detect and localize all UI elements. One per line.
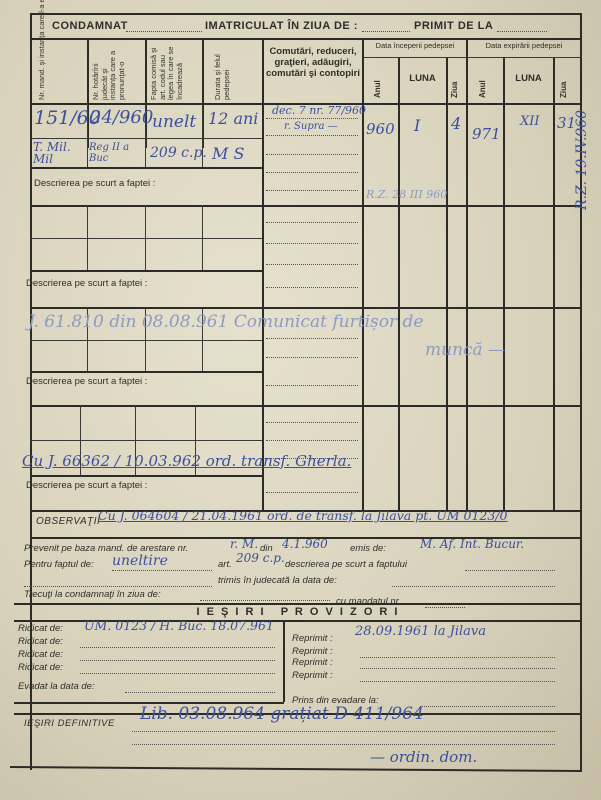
evadat-label: Evadat la data de: xyxy=(18,681,95,692)
prevenit-din-value[interactable]: 4.1.960 xyxy=(282,537,328,551)
descriere-label-3: Descrierea pe scurt a faptei : xyxy=(26,376,147,387)
ridicat-label-4: Ridicat de: xyxy=(18,662,63,673)
col-header-ziua-1: Ziua xyxy=(451,82,460,98)
penitentiary-record-card: CONDAMNAT IMATRICULAT ÎN ZIUA DE : PRIMI… xyxy=(0,0,601,800)
row1-nr-mand-instanta: T. Mil. Mil xyxy=(33,141,87,165)
row1-start-anul: 960 xyxy=(366,120,395,138)
row2-mid-rule xyxy=(30,238,262,239)
col-header-durata: Durata şi felul pedepsei xyxy=(214,42,231,100)
observatii-label: OBSERVAŢII xyxy=(36,516,100,527)
comutari-line[interactable] xyxy=(266,118,358,119)
imatriculat-field[interactable] xyxy=(362,31,410,32)
reprimit-label-4: Reprimit : xyxy=(292,670,333,681)
primit-field[interactable] xyxy=(497,31,547,32)
col-header-anul-2: Anul xyxy=(479,80,488,98)
pentru-field[interactable] xyxy=(112,570,212,571)
ridicat-value-1[interactable]: UM. 0123 / H. Buc. 18.07.961 xyxy=(84,618,274,633)
col-header-anul-1: Anul xyxy=(374,80,383,98)
comutari-line[interactable] xyxy=(266,222,358,223)
descriere-label-2: Descrierea pe scurt a faptei : xyxy=(26,278,147,289)
descriere-label-4: Descrierea pe scurt a faptei : xyxy=(26,480,147,491)
reprimit-field-2[interactable] xyxy=(360,657,555,658)
prevenit-emis-label: emis de: xyxy=(350,543,386,554)
pentru-value[interactable]: uneltire xyxy=(112,553,168,569)
r4-desc-top xyxy=(30,475,262,477)
row1-comutari-1: dec. 7 nr. 77/960 xyxy=(272,104,366,117)
col-sep-4 xyxy=(262,38,264,510)
col-sep-8 xyxy=(466,38,468,510)
r2-sep3 xyxy=(202,205,203,270)
trimis-label: trimis în judecată la data de: xyxy=(218,575,337,586)
reprimit-label-1: Reprimit : xyxy=(292,633,333,644)
comutari-line[interactable] xyxy=(266,264,358,265)
col-header-data-inceperii: Data începerii pedepsei xyxy=(364,41,466,50)
descriere-field[interactable] xyxy=(465,570,555,571)
col-sep-9 xyxy=(503,58,505,510)
frame-bottom xyxy=(10,766,582,772)
reprimit-field-4[interactable] xyxy=(360,681,555,682)
row2-bottom-rule xyxy=(30,307,582,309)
imatriculat-label: IMATRICULAT ÎN ZIUA DE : xyxy=(205,20,358,32)
ridicat-label-1: Ridicat de: xyxy=(18,623,63,634)
trimis-field[interactable] xyxy=(392,586,555,587)
row1-nr-hotarire-instanta: Reg II a Buc xyxy=(89,142,139,164)
reprimit-label-3: Reprimit : xyxy=(292,657,333,668)
col-sep-10 xyxy=(553,58,555,510)
col-header-luna-1: LUNA xyxy=(399,73,446,84)
ridicat-field-4[interactable] xyxy=(80,673,275,674)
iesiri-prov-top-rule xyxy=(14,603,582,605)
comutari-line[interactable] xyxy=(266,422,358,423)
row4-note: Cu J. 66362 / 10.03.962 ord. transf. Ghe… xyxy=(22,452,351,470)
col-header-data-expirarii: Data expirării pedepsei xyxy=(468,41,580,50)
observatii-value[interactable]: Cu J. 064604 / 21.04.1961 ord. de transf… xyxy=(98,508,508,523)
r1-desc-top xyxy=(30,167,262,169)
iesiri-definitive-label: IEŞIRI DEFINITIVE xyxy=(24,718,115,729)
descriere-faptului-label: descrierea pe scurt a faptului xyxy=(285,559,407,570)
comutari-line[interactable] xyxy=(266,385,358,386)
iesiri-definitive-field[interactable] xyxy=(132,731,555,732)
prevenit-nr-value[interactable]: r. M. xyxy=(230,537,258,551)
iesiri-provizorii-title: I E Ş I R I P R O V I Z O R I xyxy=(14,606,582,618)
comutari-line[interactable] xyxy=(266,338,358,339)
frame-top xyxy=(30,13,582,15)
ridicat-label-3: Ridicat de: xyxy=(18,649,63,660)
row1-fapta: unelt xyxy=(152,112,196,132)
header-rule xyxy=(30,38,582,40)
row1-note-rz: R.Z. 28 III 960 xyxy=(366,188,447,201)
r2-sep1 xyxy=(87,205,88,270)
row1-end-luna: XII xyxy=(520,114,540,129)
row1-durata: 12 ani xyxy=(208,109,258,128)
iesiri-definitive-value-2[interactable]: — ordin. dom. xyxy=(370,748,477,766)
col-header-nr-mand: Nr. mand. şi instanţa care l-a emis xyxy=(38,0,47,100)
row1-nr-hotarire: 24/960 xyxy=(90,107,153,128)
side-note: R.Z. 19.IV.960 xyxy=(574,110,590,210)
row1-mid-rule xyxy=(30,138,262,139)
comutari-line[interactable] xyxy=(266,154,358,155)
descriere-continuation[interactable] xyxy=(24,586,212,587)
descriere-label-1: Descrierea pe scurt a faptei : xyxy=(34,178,155,189)
row1-start-luna: I xyxy=(414,116,420,135)
row1-fapta-art: 209 c.p. xyxy=(150,145,207,161)
condamnat-label: CONDAMNAT xyxy=(52,20,128,32)
row1-start-ziua: 4 xyxy=(451,114,461,133)
col-header-comutari: Comutări, reduceri, graţieri, adăugiri, … xyxy=(266,46,360,79)
row3-bottom-rule xyxy=(30,405,582,407)
subheader-rule xyxy=(363,57,581,58)
r2-desc-top xyxy=(30,270,262,272)
art-label: art. xyxy=(218,559,232,570)
comutari-line[interactable] xyxy=(266,440,358,441)
col-sep-6 xyxy=(398,58,400,510)
art-value[interactable]: 209 c.p. xyxy=(236,551,285,565)
row2-note-line1: J. 61.810 din 08.08.961 Comunicat furtiș… xyxy=(28,312,423,332)
r3-desc-top xyxy=(30,371,262,373)
reprimit-value-1[interactable]: 28.09.1961 la Jilava xyxy=(355,624,486,639)
primit-label: PRIMIT DE LA xyxy=(414,20,493,32)
col-header-luna-2: LUNA xyxy=(504,73,553,84)
row2-note-line2: muncă — xyxy=(425,340,505,360)
comutari-line[interactable] xyxy=(266,172,358,173)
condamnat-field[interactable] xyxy=(126,31,202,32)
ridicat-field-3[interactable] xyxy=(80,660,275,661)
comutari-line[interactable] xyxy=(266,243,358,244)
reprimit-field-3[interactable] xyxy=(360,668,555,669)
row1-bottom-rule xyxy=(30,205,582,207)
comutari-line[interactable] xyxy=(266,135,358,136)
r2-sep2 xyxy=(145,205,146,270)
row1-end-anul: 971 xyxy=(472,125,501,143)
trecuti-label: Trecuţi la condamnaţi în ziua de: xyxy=(24,589,161,600)
pentru-label: Pentru faptul de: xyxy=(24,559,94,570)
comutari-line[interactable] xyxy=(266,492,358,493)
row4-mid-rule xyxy=(30,440,262,441)
comutari-line[interactable] xyxy=(266,357,358,358)
row3-mid-rule xyxy=(30,340,262,341)
reprimit-label-2: Reprimit : xyxy=(292,646,333,657)
iesiri-prov-divider xyxy=(283,620,285,702)
trecuti-field[interactable] xyxy=(200,600,330,601)
row1-comutari-2: r. Supra — xyxy=(284,121,338,132)
col-header-ziua-2: Ziua xyxy=(560,82,569,98)
iesiri-definitive-value-1[interactable]: Lib. 03.08.964 grațiat D 411/964 xyxy=(140,704,424,724)
prins-field[interactable] xyxy=(420,706,555,707)
col-sep-7 xyxy=(446,58,448,510)
iesiri-definitive-field-2[interactable] xyxy=(132,744,555,745)
comutari-line[interactable] xyxy=(266,190,358,191)
row1-durata-fel: M S xyxy=(212,144,244,163)
prevenit-emis-value[interactable]: M. Af. Int. Bucur. xyxy=(420,537,524,551)
col-header-nr-hotarire: Nr. hotărîrii judecăt şi instanţa care a… xyxy=(92,42,126,100)
evadat-field[interactable] xyxy=(125,692,275,693)
ridicat-field-2[interactable] xyxy=(80,647,275,648)
col-header-fapta: Fapta comisă şi art. codul sau legea în … xyxy=(150,42,184,100)
comutari-line[interactable] xyxy=(266,287,358,288)
ridicat-label-2: Ridicat de: xyxy=(18,636,63,647)
